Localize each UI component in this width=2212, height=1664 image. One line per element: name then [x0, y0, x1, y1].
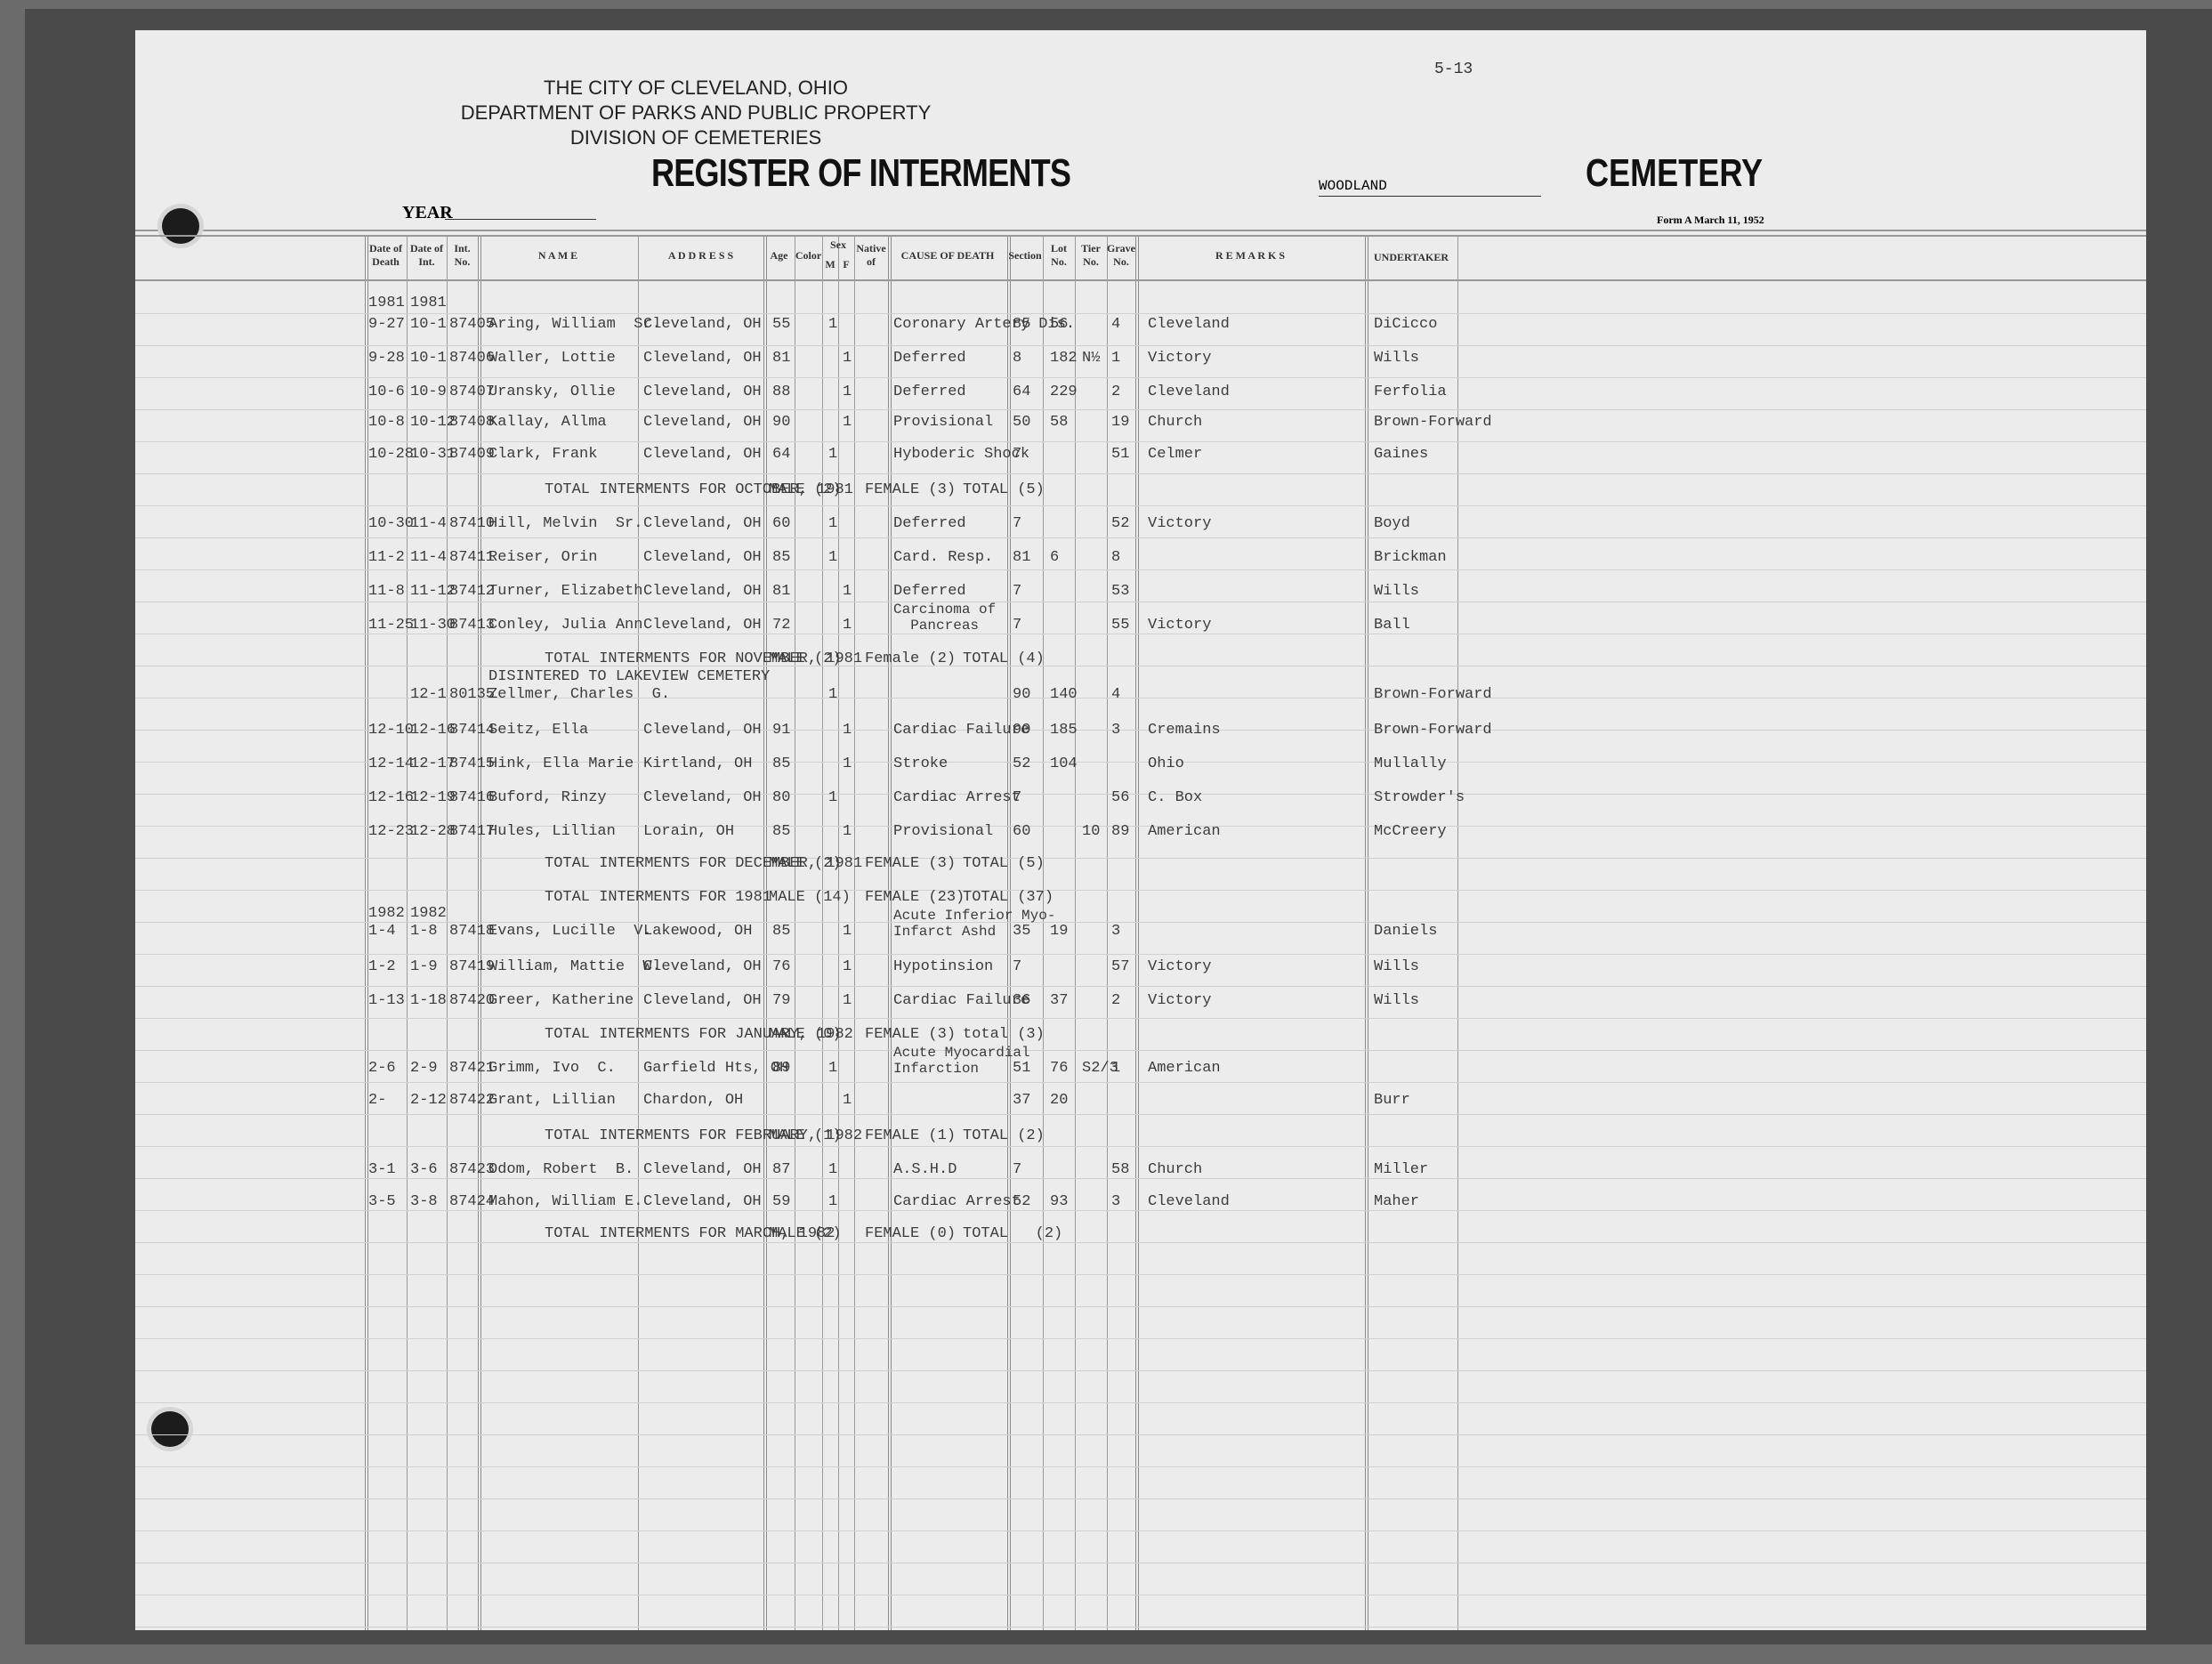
cell-remarks: Cleveland — [1148, 317, 1230, 333]
cell-name: Hill, Melvin Sr. — [488, 516, 642, 532]
cell-age: 91 — [772, 723, 790, 739]
cell-address: Cleveland, OH — [643, 384, 762, 400]
cell-name: Waller, Lottie — [488, 351, 616, 367]
ruled-line — [135, 1274, 2146, 1275]
col-int-no: Int. No. — [447, 242, 478, 269]
cell-address: Cleveland, OH — [643, 584, 762, 600]
ruled-line — [135, 345, 2146, 346]
cell-grave-number: 57 — [1111, 959, 1129, 975]
cell-name: William, Mattie W. — [488, 959, 661, 975]
cell-date-of-death: 1-13 — [368, 993, 405, 1009]
cell-lot-number: 140 — [1050, 687, 1078, 703]
cell-age: 90 — [772, 415, 790, 431]
cell-sex-male: 1 — [828, 1162, 837, 1178]
cell-sex-female: 1 — [843, 756, 852, 772]
cell-cause-of-death: Hypotinsion — [893, 959, 993, 975]
cell-remarks: Victory — [1148, 959, 1211, 975]
cell-grave-number: 58 — [1111, 1162, 1129, 1178]
cell-date-of-death: 11-8 — [368, 584, 405, 600]
cell-undertaker: Ferfolia — [1374, 384, 1447, 400]
monthly-total-male: MALE (0) — [769, 1027, 842, 1043]
cell-undertaker: McCreery — [1374, 824, 1447, 840]
form-reference: Form A March 11, 1952 — [1657, 214, 1764, 227]
division-heading: DIVISION OF CEMETERIES — [527, 126, 865, 149]
cell-lot-number: 6 — [1050, 550, 1059, 566]
col-name: N A M E — [478, 249, 638, 263]
ruled-line — [135, 1627, 2146, 1628]
cell-grave-number: 56 — [1111, 790, 1129, 806]
cell-age: 81 — [772, 584, 790, 600]
cell-date-of-interment: 3-6 — [410, 1162, 438, 1178]
cell-name: Odom, Robert B. — [488, 1162, 634, 1178]
cell-grave-number: 52 — [1111, 516, 1129, 532]
ruled-line — [135, 1178, 2146, 1179]
ruled-line — [135, 1370, 2146, 1371]
cell-cause-of-death: Hyboderic Shock — [893, 447, 1029, 463]
col-sex-m: M — [822, 258, 838, 271]
ruled-line — [135, 1434, 2146, 1435]
monthly-total-female: FEMALE (3) — [865, 856, 956, 872]
cell-date-of-death: 9-27 — [368, 317, 405, 333]
cell-cause-of-death: Coronary Artery Dis. — [893, 317, 1075, 333]
cell-undertaker: Daniels — [1374, 924, 1437, 940]
year-label: YEAR — [402, 203, 453, 223]
cell-date-of-death: 10-28 — [368, 447, 414, 463]
col-cause-of-death: CAUSE OF DEATH — [888, 249, 1007, 263]
cell-remarks: Church — [1148, 1162, 1202, 1178]
ruled-line — [135, 634, 2146, 634]
ruled-line — [135, 890, 2146, 891]
cell-cause-of-death: Carcinoma of Pancreas — [893, 602, 996, 634]
cell-section: 50 — [1013, 415, 1030, 431]
cell-name: Aring, William Sr. — [488, 317, 661, 333]
cell-undertaker: Wills — [1374, 351, 1419, 367]
monthly-total-male: MALE (14) — [769, 890, 851, 906]
cell-sex-female: 1 — [843, 1093, 852, 1109]
cell-section: 37 — [1013, 1093, 1030, 1109]
cell-grave-number: 55 — [1111, 618, 1129, 634]
year-field — [445, 219, 596, 220]
cell-date-of-interment: 10-9 — [410, 384, 447, 400]
monthly-total-count: TOTAL (4) — [963, 651, 1045, 667]
cell-tier-number: N½ — [1082, 351, 1100, 367]
cell-age: 81 — [772, 351, 790, 367]
monthly-total-count: TOTAL (2) — [963, 1226, 1062, 1242]
cell-name: Grant, Lillian — [488, 1093, 616, 1109]
monthly-total-female: FEMALE (1) — [865, 1128, 956, 1144]
cell-age: 55 — [772, 317, 790, 333]
col-sex-f: F — [838, 258, 854, 271]
cell-lot-number: 182 — [1050, 351, 1078, 367]
ruled-line — [135, 1050, 2146, 1051]
col-date-of-death: Date of Death — [365, 242, 407, 269]
cell-age: 85 — [772, 550, 790, 566]
cell-age: 89 — [772, 1061, 790, 1077]
cell-date-of-interment: 1-18 — [410, 993, 447, 1009]
ruled-line — [135, 313, 2146, 314]
cell-age: 85 — [772, 756, 790, 772]
city-heading: THE CITY OF CLEVELAND, OHIO — [527, 77, 865, 100]
monthly-total-female: FEMALE (0) — [865, 1226, 956, 1242]
cell-cause-of-death: Deferred — [893, 584, 966, 600]
cell-address: Lorain, OH — [643, 824, 734, 840]
ruled-line — [135, 537, 2146, 538]
cell-section: 81 — [1013, 550, 1030, 566]
cell-lot-number: 19 — [1050, 924, 1068, 940]
cell-address: Cleveland, OH — [643, 723, 762, 739]
cell-undertaker: Brown-Forward — [1374, 723, 1492, 739]
cell-address: Cleveland, OH — [643, 550, 762, 566]
col-tier-no: Tier No. — [1075, 242, 1107, 269]
ruled-line — [135, 1498, 2146, 1499]
cell-cause-of-death: Provisional — [893, 824, 993, 840]
cell-sex-male: 1 — [828, 687, 837, 703]
cell-lot-number: 20 — [1050, 1093, 1068, 1109]
cell-remarks: Ohio — [1148, 756, 1184, 772]
year-marker: 1981 — [368, 295, 405, 311]
cell-undertaker: Burr — [1374, 1093, 1410, 1109]
cell-section: 7 — [1013, 516, 1021, 532]
ruled-line — [135, 473, 2146, 474]
cell-sex-female: 1 — [843, 584, 852, 600]
cell-date-of-interment: 10-1 — [410, 317, 447, 333]
cell-grave-number: 3 — [1111, 1194, 1120, 1210]
cell-age: 80 — [772, 790, 790, 806]
cell-tier-number: 10 — [1082, 824, 1100, 840]
cell-address: Cleveland, OH — [643, 1162, 762, 1178]
cell-name: Hink, Ella Marie — [488, 756, 634, 772]
cell-section: 7 — [1013, 790, 1021, 806]
cell-cause-of-death: Deferred — [893, 351, 966, 367]
ruled-line — [135, 1306, 2146, 1307]
cell-age: 85 — [772, 824, 790, 840]
cell-remarks: Church — [1148, 415, 1202, 431]
year-marker: 1982 — [368, 906, 405, 922]
cell-age: 79 — [772, 993, 790, 1009]
cell-sex-male: 1 — [828, 447, 837, 463]
cell-sex-female: 1 — [843, 723, 852, 739]
cell-section: 85 — [1013, 317, 1030, 333]
cell-remarks: Cremains — [1148, 723, 1221, 739]
cell-undertaker: Ball — [1374, 618, 1410, 634]
ruled-line — [135, 1210, 2146, 1211]
cell-age: 85 — [772, 924, 790, 940]
cell-date-of-death: 1-4 — [368, 924, 396, 940]
cell-grave-number: 8 — [1111, 550, 1120, 566]
col-sex: Sex — [822, 238, 854, 252]
cell-grave-number: 1 — [1111, 1061, 1120, 1077]
cell-section: 64 — [1013, 384, 1030, 400]
cell-address: Cleveland, OH — [643, 993, 762, 1009]
cell-date-of-death: 3-1 — [368, 1162, 396, 1178]
ruled-line — [135, 1146, 2146, 1147]
cell-date-of-interment: 2-12 — [410, 1093, 447, 1109]
cell-grave-number: 2 — [1111, 384, 1120, 400]
ruled-line — [135, 1563, 2146, 1563]
col-color: Color — [795, 249, 822, 263]
cell-remarks: Celmer — [1148, 447, 1202, 463]
cell-sex-female: 1 — [843, 384, 852, 400]
cell-section: 7 — [1013, 959, 1021, 975]
cell-sex-female: 1 — [843, 993, 852, 1009]
cell-date-of-interment: 3-8 — [410, 1194, 438, 1210]
monthly-total-female: FEMALE (3) — [865, 482, 956, 498]
cell-name: Kallay, Allma — [488, 415, 607, 431]
cell-address: Cleveland, OH — [643, 618, 762, 634]
cell-remarks: Cleveland — [1148, 1194, 1230, 1210]
cell-cause-of-death: A.S.H.D — [893, 1162, 957, 1178]
cell-section: 60 — [1013, 824, 1030, 840]
cell-age: 59 — [772, 1194, 790, 1210]
monthly-total-male: MALE (2) — [769, 1226, 842, 1242]
cell-remarks: Victory — [1148, 351, 1211, 367]
monthly-total-label: TOTAL INTERMENTS FOR 1981 — [545, 890, 771, 906]
cell-remarks: American — [1148, 824, 1221, 840]
col-address: A D D R E S S — [638, 249, 763, 263]
monthly-total-female: FEMALE (23) — [865, 890, 965, 906]
col-undertaker: UNDERTAKER — [1365, 251, 1457, 264]
cell-date-of-death: 1-2 — [368, 959, 396, 975]
cell-name: Hules, Lillian — [488, 824, 616, 840]
col-age: Age — [763, 249, 795, 263]
cell-date-of-death: 2- — [368, 1093, 386, 1109]
cell-sex-male: 1 — [828, 550, 837, 566]
col-lot-no: Lot No. — [1043, 242, 1075, 269]
cell-cause-of-death: Cardiac Arrest — [893, 790, 1021, 806]
cell-date-of-death: 10-8 — [368, 415, 405, 431]
monthly-total-count: TOTAL (2) — [963, 1128, 1045, 1144]
cell-remarks: Victory — [1148, 993, 1211, 1009]
cell-address: Chardon, OH — [643, 1093, 743, 1109]
cell-date-of-interment: 1-9 — [410, 959, 438, 975]
cemetery-heading: CEMETERY — [1586, 151, 1763, 196]
cell-date-of-interment: 10-1 — [410, 351, 447, 367]
cell-date-of-interment: 11-4 — [410, 550, 447, 566]
cell-undertaker: Boyd — [1374, 516, 1410, 532]
cell-name: Buford, Rinzy — [488, 790, 607, 806]
cell-cause-of-death: Cardiac Arrest — [893, 1194, 1021, 1210]
cell-lot-number: 56 — [1050, 317, 1068, 333]
cell-remarks: Victory — [1148, 618, 1211, 634]
cell-date-of-death: 9-28 — [368, 351, 405, 367]
cell-date-of-death: 11-2 — [368, 550, 405, 566]
cell-cause-of-death: Cardiac Failure — [893, 723, 1029, 739]
cell-cause-of-death: Provisional — [893, 415, 993, 431]
ruled-line — [135, 1082, 2146, 1083]
col-section: Section — [1007, 249, 1043, 263]
cell-section: 7 — [1013, 447, 1021, 463]
cell-lot-number: 104 — [1050, 756, 1078, 772]
ruled-line — [135, 666, 2146, 666]
cell-age: 60 — [772, 516, 790, 532]
ruled-line — [135, 1338, 2146, 1339]
cell-date-of-death: 12-23 — [368, 824, 414, 840]
cell-date-of-interment: 1-8 — [410, 924, 438, 940]
cell-undertaker: Strowder's — [1374, 790, 1465, 806]
ruled-line — [135, 441, 2146, 442]
monthly-total-female: FEMALE (3) — [865, 1027, 956, 1043]
cell-undertaker: Wills — [1374, 959, 1419, 975]
cell-name: Evans, Lucille V. — [488, 924, 652, 940]
cell-undertaker: DiCicco — [1374, 317, 1437, 333]
cell-date-of-death: 12-16 — [368, 790, 414, 806]
cell-grave-number: 4 — [1111, 317, 1120, 333]
cell-date-of-death: 3-5 — [368, 1194, 396, 1210]
ruled-line — [135, 1114, 2146, 1115]
cell-name: Greer, Katherine — [488, 993, 634, 1009]
cell-grave-number: 19 — [1111, 415, 1129, 431]
binder-edge-top — [0, 0, 2212, 9]
cell-cause-of-death: Acute Myocardial Infarction — [893, 1045, 1030, 1077]
cell-address: Cleveland, OH — [643, 1194, 762, 1210]
ruled-line — [135, 602, 2146, 602]
cell-name: Mahon, William E. — [488, 1194, 642, 1210]
cell-lot-number: 185 — [1050, 723, 1078, 739]
cell-undertaker: Brickman — [1374, 550, 1447, 566]
cell-undertaker: Brown-Forward — [1374, 687, 1492, 703]
cell-address: Garfield Hts, OH — [643, 1061, 788, 1077]
ruled-line — [135, 1402, 2146, 1403]
monthly-total-count: TOTAL (5) — [963, 856, 1045, 872]
cell-section: 90 — [1013, 687, 1030, 703]
cell-name: Seitz, Ella — [488, 723, 588, 739]
binder-edge-bottom — [0, 1644, 2212, 1664]
cell-address: Cleveland, OH — [643, 317, 762, 333]
cell-grave-number: 53 — [1111, 584, 1129, 600]
cell-section: 8 — [1013, 351, 1021, 367]
cell-section: 51 — [1013, 1061, 1030, 1077]
ruled-line — [135, 409, 2146, 410]
monthly-total-male: MALE (1) — [769, 1128, 842, 1144]
cell-grave-number: 51 — [1111, 447, 1129, 463]
cell-date-of-death: 12-14 — [368, 756, 414, 772]
cell-cause-of-death: Cardiac Failure — [893, 993, 1029, 1009]
ruled-line — [135, 505, 2146, 506]
cell-grave-number: 89 — [1111, 824, 1129, 840]
cell-sex-female: 1 — [843, 415, 852, 431]
cell-name: Grimm, Ivo C. — [488, 1061, 616, 1077]
ruled-line — [135, 1018, 2146, 1019]
cell-name: Reiser, Orin — [488, 550, 597, 566]
page-title: REGISTER OF INTERMENTS — [651, 151, 1070, 196]
ruled-line — [135, 858, 2146, 859]
cell-undertaker: Wills — [1374, 584, 1419, 600]
cell-lot-number: 76 — [1050, 1061, 1068, 1077]
cell-grave-number: 3 — [1111, 924, 1120, 940]
cell-name: Clark, Frank — [488, 447, 597, 463]
monthly-total-count: TOTAL (5) — [963, 482, 1045, 498]
cell-section: 35 — [1013, 924, 1030, 940]
cell-section: 52 — [1013, 756, 1030, 772]
ruled-line — [135, 377, 2146, 378]
cell-undertaker: Miller — [1374, 1162, 1428, 1178]
cell-address: Cleveland, OH — [643, 516, 762, 532]
cell-age: 64 — [772, 447, 790, 463]
cell-lot-number: 58 — [1050, 415, 1068, 431]
cell-lot-number: 229 — [1050, 384, 1078, 400]
cell-sex-female: 1 — [843, 351, 852, 367]
cell-lot-number: 93 — [1050, 1194, 1068, 1210]
cell-address: Cleveland, OH — [643, 959, 762, 975]
cell-remarks: Victory — [1148, 516, 1211, 532]
cell-sex-male: 1 — [828, 317, 837, 333]
cell-cause-of-death: Card. Resp. — [893, 550, 993, 566]
cell-sex-male: 1 — [828, 1061, 837, 1077]
cell-cause-of-death: Acute Inferior Myo- Infarct Ashd — [893, 908, 1055, 940]
cell-section: 36 — [1013, 993, 1030, 1009]
cell-sex-female: 1 — [843, 924, 852, 940]
ruled-line — [135, 569, 2146, 570]
cell-sex-female: 1 — [843, 959, 852, 975]
cell-cause-of-death: Deferred — [893, 384, 966, 400]
cell-cause-of-death: Deferred — [893, 516, 966, 532]
header-rule — [135, 230, 2146, 231]
cell-sex-female: 1 — [843, 618, 852, 634]
monthly-total-male: MALE (2) — [769, 651, 842, 667]
col-date-of-int: Date of Int. — [407, 242, 447, 269]
cell-undertaker: Maher — [1374, 1194, 1419, 1210]
cell-undertaker: Brown-Forward — [1374, 415, 1492, 431]
cell-age: 72 — [772, 618, 790, 634]
ruled-line — [135, 954, 2146, 955]
binder-edge-left — [0, 0, 25, 1664]
cell-age: 88 — [772, 384, 790, 400]
ruled-line — [135, 1242, 2146, 1243]
cell-address: Cleveland, OH — [643, 790, 762, 806]
ruled-line — [135, 1466, 2146, 1467]
department-heading: DEPARTMENT OF PARKS AND PUBLIC PROPERTY — [438, 101, 954, 125]
col-grave-no: Grave No. — [1107, 242, 1135, 269]
cell-age: 76 — [772, 959, 790, 975]
cell-address: Cleveland, OH — [643, 415, 762, 431]
cell-sex-female: 1 — [843, 824, 852, 840]
cell-section: 52 — [1013, 1194, 1030, 1210]
monthly-total-male: MALE (2) — [769, 482, 842, 498]
monthly-total-male: MALE (2) — [769, 856, 842, 872]
year-marker: 1981 — [410, 295, 447, 311]
page-reference: 5-13 — [1434, 61, 1473, 78]
col-native-of: Native of — [854, 242, 888, 269]
cell-grave-number: 4 — [1111, 687, 1120, 703]
cell-name: Uransky, Ollie — [488, 384, 616, 400]
monthly-total-count: TOTAL (37) — [963, 890, 1054, 906]
col-remarks: R E M A R K S — [1135, 249, 1365, 263]
cell-address: Kirtland, OH — [643, 756, 752, 772]
monthly-total-female: Female (2) — [865, 651, 956, 667]
cell-age: 87 — [772, 1162, 790, 1178]
register-table: Date of Death Date of Int. Int. No. N A … — [135, 235, 2146, 1630]
cell-grave-number: 2 — [1111, 993, 1120, 1009]
cell-name: Zellmer, Charles G. — [488, 687, 670, 703]
cell-date-of-death: 11-25 — [368, 618, 414, 634]
cell-sex-male: 1 — [828, 1194, 837, 1210]
cell-remarks: Cleveland — [1148, 384, 1230, 400]
cell-undertaker: Gaines — [1374, 447, 1428, 463]
cell-date-of-death: 10-30 — [368, 516, 414, 532]
ruled-line — [135, 1595, 2146, 1595]
cell-date-of-death: 2-6 — [368, 1061, 396, 1077]
ruled-line — [135, 986, 2146, 987]
cell-grave-number: 3 — [1111, 723, 1120, 739]
cell-undertaker: Mullally — [1374, 756, 1447, 772]
cell-remarks: American — [1148, 1061, 1221, 1077]
cell-date-of-interment: 2-9 — [410, 1061, 438, 1077]
cell-section: 90 — [1013, 723, 1030, 739]
cell-address: Cleveland, OH — [643, 351, 762, 367]
cell-section: 7 — [1013, 1162, 1021, 1178]
cell-lot-number: 37 — [1050, 993, 1068, 1009]
cell-address: Cleveland, OH — [643, 447, 762, 463]
